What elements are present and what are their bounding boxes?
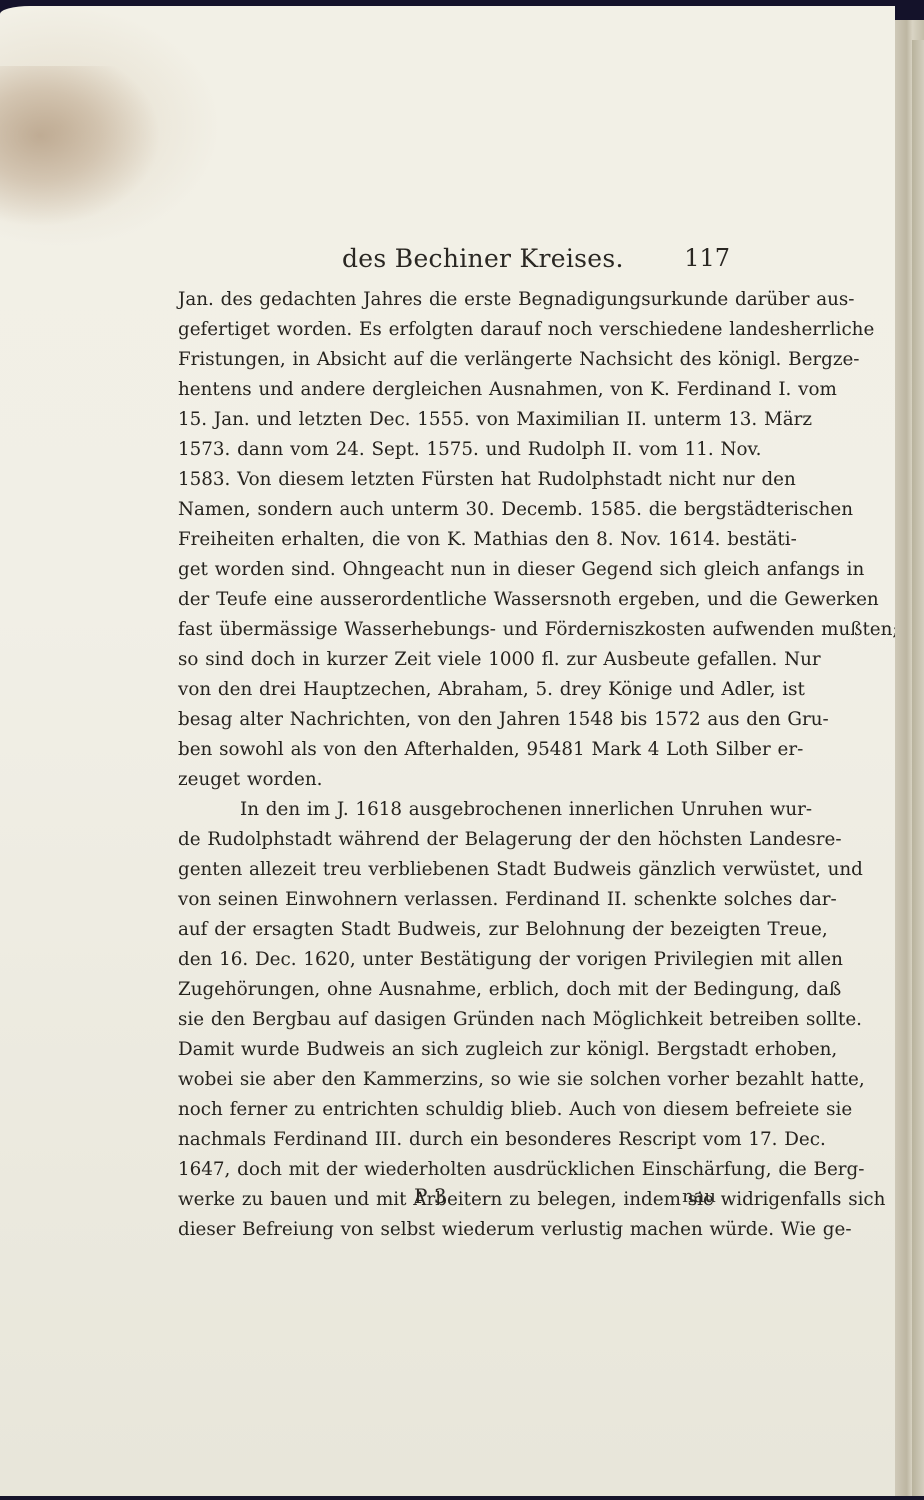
body-text: Jan. des gedachten Jahres die erste Begn… (178, 285, 738, 1245)
page-number: 117 (684, 244, 730, 272)
text-line: Freiheiten erhalten, die von K. Mathias … (178, 525, 738, 555)
text-line: besag alter Nachrichten, von den Jahren … (178, 705, 738, 735)
text-line: Zugehörungen, ohne Ausnahme, erblich, do… (178, 975, 738, 1005)
text-line: noch ferner zu entrichten schuldig blieb… (178, 1095, 738, 1125)
text-line: Namen, sondern auch unterm 30. Decemb. 1… (178, 495, 738, 525)
text-line: de Rudolphstadt während der Belagerung d… (178, 825, 738, 855)
running-title: des Bechiner Kreises. (342, 244, 624, 273)
text-line: genten allezeit treu verbliebenen Stadt … (178, 855, 738, 885)
text-line: get worden sind. Ohngeacht nun in dieser… (178, 555, 738, 585)
text-line: hentens und andere dergleichen Ausnahmen… (178, 375, 738, 405)
text-line: dieser Befreiung von selbst wiederum ver… (178, 1215, 738, 1245)
text-line: zeuget worden. (178, 765, 738, 795)
text-line: ben sowohl als von den Afterhalden, 9548… (178, 735, 738, 765)
text-line: 1573. dann vom 24. Sept. 1575. und Rudol… (178, 435, 738, 465)
text-line: Fristungen, in Absicht auf die verlänger… (178, 345, 738, 375)
text-line: auf der ersagten Stadt Budweis, zur Belo… (178, 915, 738, 945)
page-footer: P 3 nau (178, 1184, 738, 1218)
book-page-edges-inner (912, 40, 924, 1496)
page-header: des Bechiner Kreises. 117 (178, 244, 730, 284)
catchword: nau (682, 1186, 716, 1207)
text-line: 15. Jan. und letzten Dec. 1555. von Maxi… (178, 405, 738, 435)
water-stain-halo (0, 6, 260, 266)
text-line: Jan. des gedachten Jahres die erste Begn… (178, 285, 738, 315)
text-line: sie den Bergbau auf dasigen Gründen nach… (178, 1005, 738, 1035)
text-line: Damit wurde Budweis an sich zugleich zur… (178, 1035, 738, 1065)
text-line: wobei sie aber den Kammerzins, so wie si… (178, 1065, 738, 1095)
water-stain (0, 66, 160, 226)
text-line: fast übermässige Wasserhebungs- und Förd… (178, 615, 738, 645)
text-line: gefertiget worden. Es erfolgten darauf n… (178, 315, 738, 345)
text-line: 1583. Von diesem letzten Fürsten hat Rud… (178, 465, 738, 495)
paragraph-start-line: In den im J. 1618 ausgebrochenen innerli… (178, 795, 738, 825)
signature-mark: P 3 (414, 1184, 447, 1208)
text-line: den 16. Dec. 1620, unter Bestätigung der… (178, 945, 738, 975)
text-line: 1647, doch mit der wiederholten ausdrück… (178, 1155, 738, 1185)
text-line: von seinen Einwohnern verlassen. Ferdina… (178, 885, 738, 915)
text-line: nachmals Ferdinand III. durch ein besond… (178, 1125, 738, 1155)
text-line: von den drei Hauptzechen, Abraham, 5. dr… (178, 675, 738, 705)
text-line: der Teufe eine ausserordentliche Wassers… (178, 585, 738, 615)
background-band (0, 1496, 924, 1500)
book-page: des Bechiner Kreises. 117 Jan. des gedac… (0, 6, 895, 1496)
text-line: so sind doch in kurzer Zeit viele 1000 f… (178, 645, 738, 675)
